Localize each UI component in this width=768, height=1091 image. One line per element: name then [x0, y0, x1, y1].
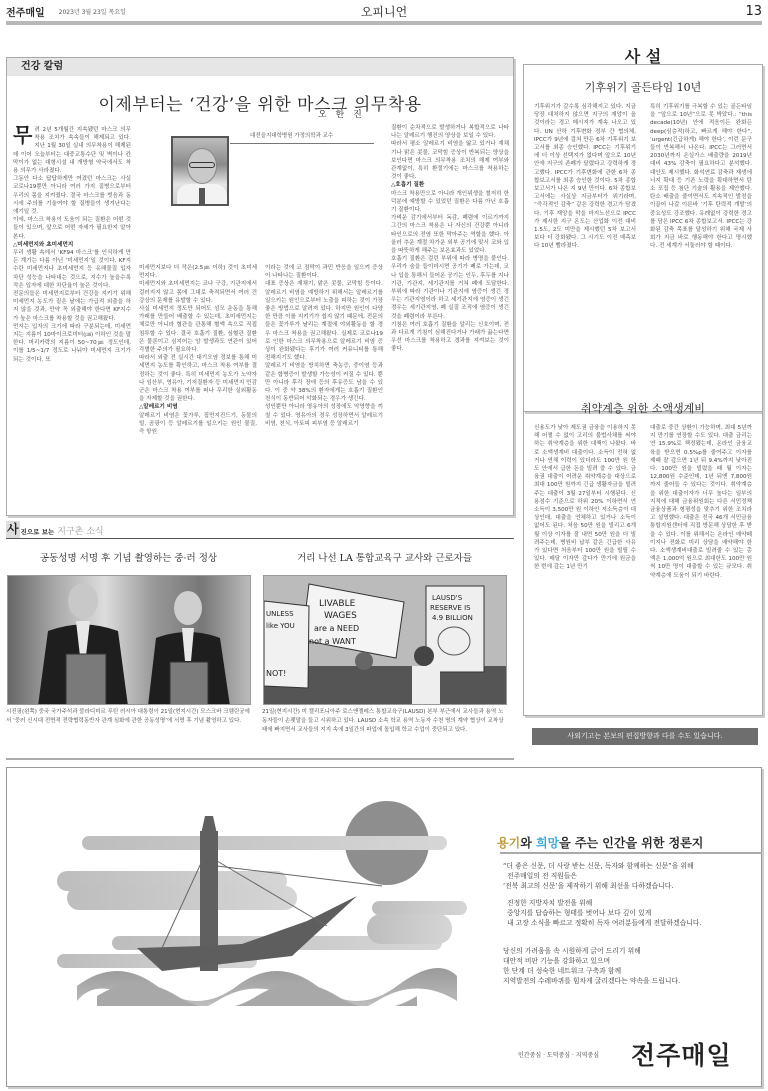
ship-illustration [27, 786, 477, 1006]
welfare-box: 취약계층 위한 소액생계비 신용도가 낮아 제도권 금융을 이용하지 못해 어쩔… [523, 390, 763, 716]
disclaimer-banner: 사외기고는 본보의 편집방향과 다를 수도 있습니다. [532, 728, 758, 745]
article-title: 이제부터는 ‘건강’을 위한 마스크 의무착용 [7, 90, 513, 115]
welfare-title: 취약계층 위한 소액생계비 [524, 400, 762, 416]
article-col-3: 이라는 것에 코 점막이 과민 반응을 일으켜 증상이 나타나는 질환이다. 대… [265, 264, 383, 428]
photo-title-left: 공동성명 서명 후 기념 촬영하는 중·러 정상 [6, 550, 251, 564]
section-divider [6, 758, 514, 760]
editorial-title: 기후위기 골든타임 10년 [524, 79, 762, 95]
welfare-col-2: 대출로 중간 상환이 가능하며, 최대 5년까지 만기를 연장할 수도 있다. … [650, 424, 752, 580]
photo-caption-left: 시진핑(왼쪽) 중국 국가주석과 블라디미르 푸틴 러시아 대통령이 21일(현… [6, 708, 250, 726]
editorial-box: 기후위기 골든타임 10년 기후위기가 갈수록 심각해지고 있다. 지금 당장 … [523, 64, 763, 412]
editorial-col-2: 특히 기후위기를 극복할 수 있는 골든타임을 “앞으로 10년”으로 못 박았… [650, 103, 752, 251]
author-divider [230, 143, 374, 144]
photo-title-right: 거리 나선 LA 통합교육구 교사와 근로자들 [262, 550, 507, 564]
protest-photo: LIVABLE WAGES are a NEED not a WANT UNLE… [263, 575, 507, 705]
summit-photo [7, 575, 251, 705]
masthead-rule [6, 21, 762, 25]
ad-paragraph-2: 진정한 지방자치 발전을 위해중앙지를 답습하는 형태를 벗어나 보다 깊이 있… [503, 898, 702, 928]
editorial-col-1: 기후위기가 갈수록 심각해지고 있다. 지금 당장 대처하지 않으면 지구의 재… [534, 103, 636, 251]
svg-text:WAGES: WAGES [324, 611, 357, 621]
svg-text:4.9 BILLION: 4.9 BILLION [432, 614, 473, 622]
ad-logo: 전주매일 [631, 1036, 732, 1072]
ad-paragraph-1: “더 좋은 신문, 더 사랑 받는 신문, 독자와 함께하는 신문”을 위해전주… [503, 861, 694, 891]
subheading: △호흡기 질환 [391, 181, 509, 189]
svg-text:like YOU: like YOU [266, 622, 295, 630]
masthead: 전주매일 2023년 3월 23일 목요일 오피니언 13 [6, 0, 762, 22]
dropcap: 무 [13, 126, 32, 144]
ad-headline: 용기와 희망을 주는 인간을 위한 정론지 [497, 834, 703, 851]
photo-caption-right: 21일(현지시간) 미 캘리포니아주 로스앤젤레스 통합교육구(LAUSD) 본… [262, 708, 506, 735]
author-name: 오 한 진 [318, 107, 365, 120]
subheading: △미세먼지와 초미세먼지 [13, 241, 131, 249]
author-title: 대전을지대학병원 가정의학과 교수 [250, 131, 333, 139]
article-col-2: 미세먼지보다 더 작은(2.5㎛ 이하) 것이 초미세먼지다. 미세먼지와 초미… [139, 264, 257, 436]
article-col-4: 질환이 순차적으로 발생하거나 복합적으로 나타나는 알레르기 행진의 양상을 … [391, 124, 509, 354]
svg-text:LAUSD'S: LAUSD'S [432, 594, 463, 602]
column-tag: 건강 칼럼 [7, 58, 513, 76]
svg-text:not a WANT: not a WANT [309, 637, 356, 646]
svg-text:RESERVE IS: RESERVE IS [430, 604, 471, 612]
ad-divider [500, 852, 762, 854]
page-number: 13 [745, 4, 762, 19]
svg-text:LIVABLE: LIVABLE [319, 599, 356, 609]
svg-text:NOT!: NOT! [266, 669, 286, 678]
ad-paragraph-3: 당신의 가려움을 속 시원하게 긁어 드리기 위해대안적 비판 기능을 강화하고… [503, 946, 680, 986]
section-title: 오피니언 [6, 3, 762, 20]
photo-section-header: 사 진으로 보는 지구촌 소식 [6, 520, 514, 539]
svg-text:are a NEED: are a NEED [314, 624, 359, 633]
photo-news-section: 사 진으로 보는 지구촌 소식 공동성명 서명 후 기념 촬영하는 중·러 정상… [6, 520, 514, 539]
ad-slogan: 인간중심 · 도덕중심 · 지역중심 [518, 1050, 599, 1059]
health-column: 건강 칼럼 이제부터는 ‘건강’을 위한 마스크 의무착용 무려 2년 5개월간… [6, 57, 514, 516]
svg-text:UNLESS: UNLESS [266, 610, 294, 618]
article-col-1: 무려 2년 5개월간 지속됐던 마스크 의무착용 조치가 속속들이 해제되고 있… [13, 126, 131, 364]
subheading: △알레르기 비염 [139, 403, 257, 411]
welfare-col-1: 신용도가 낮아 제도권 금융을 이용하지 못해 어쩔 수 없이 고리의 불법사채… [534, 424, 636, 572]
author-photo [171, 136, 229, 206]
